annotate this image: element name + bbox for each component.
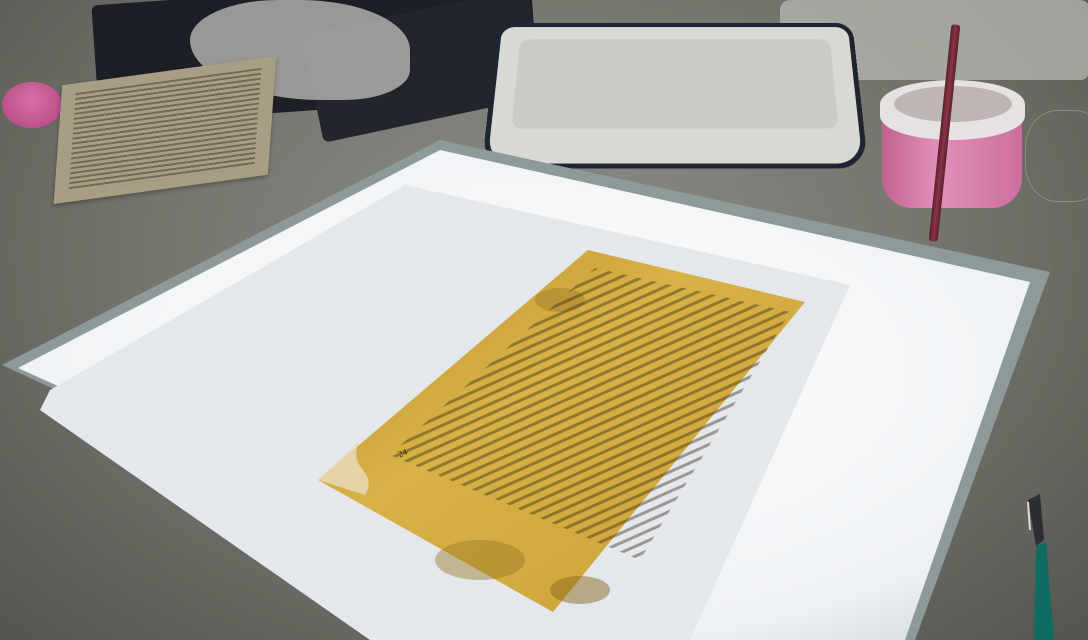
- light-table: 24: [0, 0, 1088, 640]
- workbench-photo: 24: [0, 0, 1088, 640]
- scalpel: [1018, 490, 1066, 640]
